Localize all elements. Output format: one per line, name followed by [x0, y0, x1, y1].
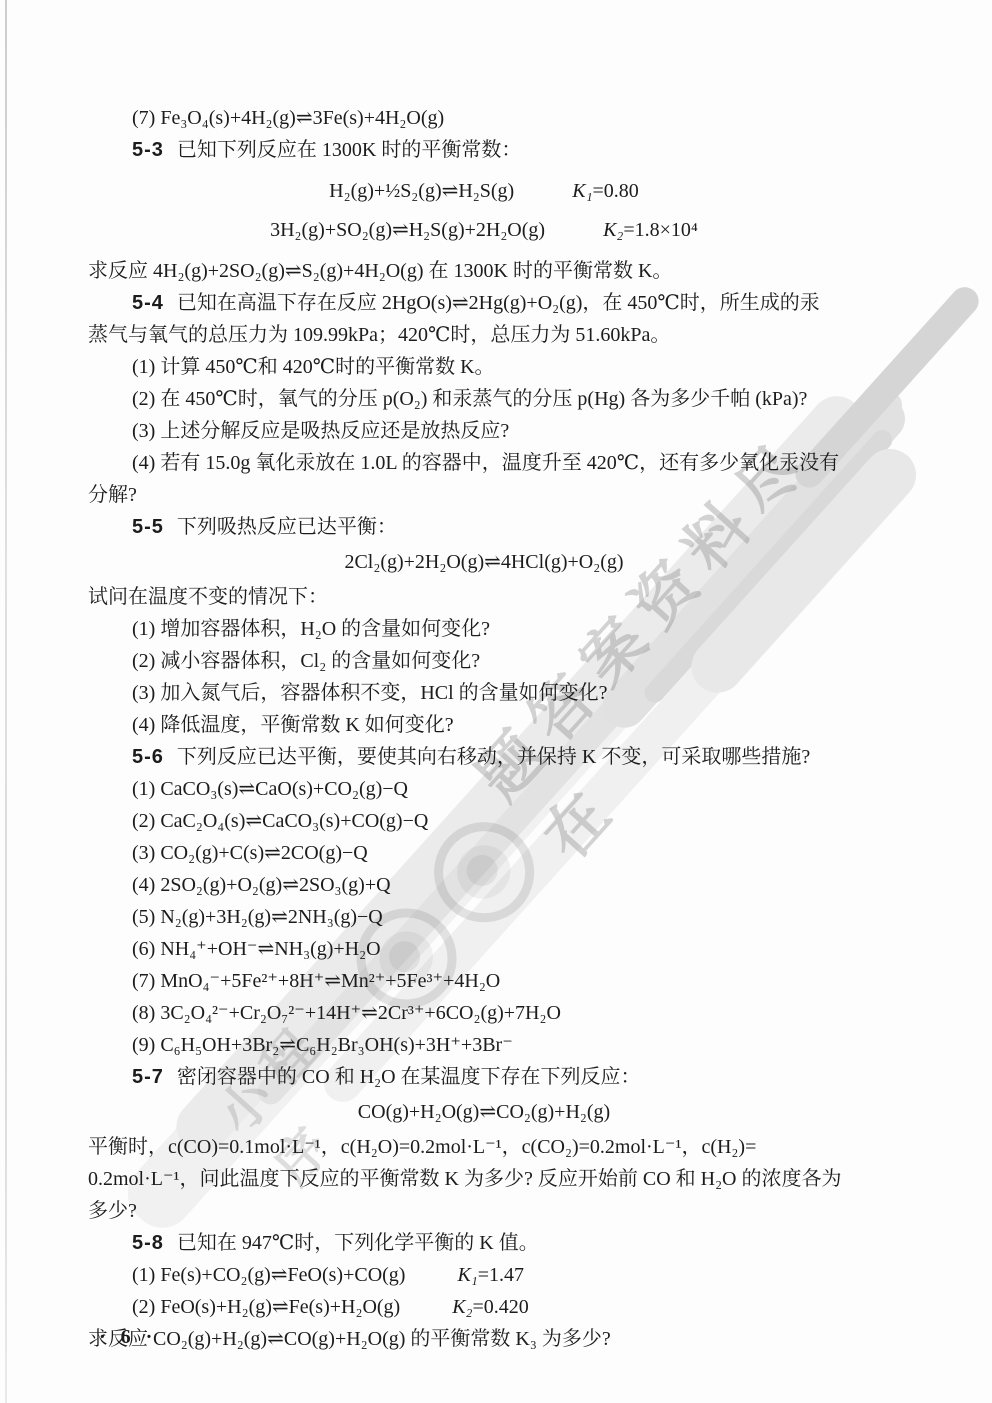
problem-number: 5-5: [132, 516, 164, 538]
line-text: H₂(g)+½S₂(g)⇌H₂S(g): [329, 180, 514, 202]
line-text: (2) 减小容器体积，Cl₂ 的含量如何变化?: [132, 650, 480, 672]
line-text: (1) Fe(s)+CO₂(g)⇌FeO(s)+CO(g): [132, 1264, 405, 1286]
content: (7) Fe₃O₄(s)+4H₂(g)⇌3Fe(s)+4H₂O(g)5-3已知下…: [88, 102, 936, 1355]
equation-line: 2Cl₂(g)+2H₂O(g)⇌4HCl(g)+O₂(g): [88, 546, 936, 578]
text-line: 试问在温度不变的情况下：: [88, 581, 936, 613]
text-line: (1) CaCO₃(s)⇌CaO(s)+CO₂(g)−Q: [88, 773, 936, 805]
text-line: 5-6下列反应已达平衡，要使其向右移动，并保持 K 不变，可采取哪些措施?: [88, 741, 936, 773]
text-line: (1) Fe(s)+CO₂(g)⇌FeO(s)+CO(g)K₁=1.47: [88, 1259, 936, 1291]
line-text: 求反应 CO₂(g)+H₂(g)⇌CO(g)+H₂O(g) 的平衡常数 K₃ 为…: [88, 1328, 611, 1350]
text-line: (8) 3C₂O₄²⁻+Cr₂O₇²⁻+14H⁺⇌2Cr³⁺+6CO₂(g)+7…: [88, 997, 936, 1029]
line-text: 已知在 947℃时，下列化学平衡的 K 值。: [177, 1232, 539, 1254]
equilibrium-constant-symbol: K₁: [572, 180, 592, 202]
text-line: 5-3已知下列反应在 1300K 时的平衡常数：: [88, 134, 936, 166]
line-text: 已知在高温下存在反应 2HgO(s)⇌2Hg(g)+O₂(g)，在 450℃时，…: [177, 292, 820, 314]
equilibrium-constant-symbol: K₂: [603, 219, 623, 241]
text-line: (3) 加入氮气后，容器体积不变，HCl 的含量如何变化?: [88, 677, 936, 709]
line-text: (2) 在 450℃时，氧气的分压 p(O₂) 和汞蒸气的分压 p(Hg) 各为…: [132, 388, 807, 410]
problem-number: 5-3: [132, 139, 164, 161]
equilibrium-constant-symbol: K₁: [457, 1264, 477, 1286]
line-text: CO(g)+H₂O(g)⇌CO₂(g)+H₂(g): [358, 1101, 610, 1123]
text-line: (4) 若有 15.0g 氧化汞放在 1.0L 的容器中，温度升至 420℃，还…: [88, 447, 936, 479]
line-text: 分解?: [88, 484, 137, 506]
line-text: (7) MnO₄⁻+5Fe²⁺+8H⁺⇌Mn²⁺+5Fe³⁺+4H₂O: [132, 970, 500, 992]
equation-line: CO(g)+H₂O(g)⇌CO₂(g)+H₂(g): [88, 1096, 936, 1128]
line-text: (2) CaC₂O₄(s)⇌CaCO₃(s)+CO(g)−Q: [132, 810, 428, 832]
line-text: (4) 若有 15.0g 氧化汞放在 1.0L 的容器中，温度升至 420℃，还…: [132, 452, 839, 474]
line-text: (5) N₂(g)+3H₂(g)⇌2NH₃(g)−Q: [132, 906, 383, 928]
text-line: 多少?: [88, 1195, 936, 1227]
line-text: 多少?: [88, 1200, 137, 1222]
line-text: 求反应 4H₂(g)+2SO₂(g)⇌S₂(g)+4H₂O(g) 在 1300K…: [88, 260, 672, 282]
text-line: (4) 2SO₂(g)+O₂(g)⇌2SO₃(g)+Q: [88, 869, 936, 901]
line-text: 平衡时，c(CO)=0.1mol·L⁻¹，c(H₂O)=0.2mol·L⁻¹，c…: [88, 1136, 756, 1158]
text-line: (9) C₆H₅OH+3Br₂⇌C₆H₂Br₃OH(s)+3H⁺+3Br⁻: [88, 1029, 936, 1061]
line-text: (1) CaCO₃(s)⇌CaO(s)+CO₂(g)−Q: [132, 778, 408, 800]
text-line: (1) 计算 450℃和 420℃时的平衡常数 K。: [88, 351, 936, 383]
equilibrium-constant-value: =0.420: [473, 1296, 529, 1318]
text-line: 平衡时，c(CO)=0.1mol·L⁻¹，c(H₂O)=0.2mol·L⁻¹，c…: [88, 1131, 936, 1163]
text-line: 5-5下列吸热反应已达平衡：: [88, 511, 936, 543]
text-line: (7) Fe₃O₄(s)+4H₂(g)⇌3Fe(s)+4H₂O(g): [88, 102, 936, 134]
problem-number: 5-4: [132, 292, 164, 314]
line-text: 0.2mol·L⁻¹，问此温度下反应的平衡常数 K 为多少? 反应开始前 CO …: [88, 1168, 842, 1190]
text-line: (2) CaC₂O₄(s)⇌CaCO₃(s)+CO(g)−Q: [88, 805, 936, 837]
line-text: (4) 降低温度，平衡常数 K 如何变化?: [132, 714, 454, 736]
text-line: (6) NH₄⁺+OH⁻⇌NH₃(g)+H₂O: [88, 933, 936, 965]
text-line: (1) 增加容器体积，H₂O 的含量如何变化?: [88, 613, 936, 645]
problem-number: 5-7: [132, 1066, 164, 1088]
line-text: 已知下列反应在 1300K 时的平衡常数：: [177, 139, 521, 161]
line-text: 蒸气与氧气的总压力为 109.99kPa；420℃时，总压力为 51.60kPa…: [88, 324, 670, 346]
text-line: (5) N₂(g)+3H₂(g)⇌2NH₃(g)−Q: [88, 901, 936, 933]
line-text: (3) CO₂(g)+C(s)⇌2CO(g)−Q: [132, 842, 368, 864]
text-line: 分解?: [88, 479, 936, 511]
line-text: (6) NH₄⁺+OH⁻⇌NH₃(g)+H₂O: [132, 938, 381, 960]
text-line: 0.2mol·L⁻¹，问此温度下反应的平衡常数 K 为多少? 反应开始前 CO …: [88, 1163, 936, 1195]
text-line: (7) MnO₄⁻+5Fe²⁺+8H⁺⇌Mn²⁺+5Fe³⁺+4H₂O: [88, 965, 936, 997]
text-line: 求反应 4H₂(g)+2SO₂(g)⇌S₂(g)+4H₂O(g) 在 1300K…: [88, 255, 936, 287]
line-text: (2) FeO(s)+H₂(g)⇌Fe(s)+H₂O(g): [132, 1296, 400, 1318]
text-line: (2) 在 450℃时，氧气的分压 p(O₂) 和汞蒸气的分压 p(Hg) 各为…: [88, 383, 936, 415]
line-text: 2Cl₂(g)+2H₂O(g)⇌4HCl(g)+O₂(g): [344, 551, 623, 573]
page-number: · 6 ·: [99, 1326, 157, 1349]
text-line: (3) 上述分解反应是吸热反应还是放热反应?: [88, 415, 936, 447]
line-text: 试问在温度不变的情况下：: [88, 586, 328, 608]
text-line: 5-8已知在 947℃时，下列化学平衡的 K 值。: [88, 1227, 936, 1259]
problem-number: 5-6: [132, 746, 164, 768]
text-line: (2) FeO(s)+H₂(g)⇌Fe(s)+H₂O(g)K₂=0.420: [88, 1291, 936, 1323]
equation-line: 3H₂(g)+SO₂(g)⇌H₂S(g)+2H₂O(g)K₂=1.8×10⁴: [88, 214, 936, 246]
text-line: (3) CO₂(g)+C(s)⇌2CO(g)−Q: [88, 837, 936, 869]
text-line: 5-4已知在高温下存在反应 2HgO(s)⇌2Hg(g)+O₂(g)，在 450…: [88, 287, 936, 319]
line-text: (4) 2SO₂(g)+O₂(g)⇌2SO₃(g)+Q: [132, 874, 391, 896]
line-text: (1) 增加容器体积，H₂O 的含量如何变化?: [132, 618, 490, 640]
equilibrium-constant-value: =1.8×10⁴: [623, 219, 698, 241]
line-text: (3) 加入氮气后，容器体积不变，HCl 的含量如何变化?: [132, 682, 608, 704]
scan-edge-line: [5, 0, 7, 1403]
line-text: (8) 3C₂O₄²⁻+Cr₂O₇²⁻+14H⁺⇌2Cr³⁺+6CO₂(g)+7…: [132, 1002, 561, 1024]
scanned-textbook-page: { "page": { "footer": { "page_number": "…: [0, 0, 992, 1403]
equilibrium-constant-symbol: K₂: [452, 1296, 472, 1318]
line-text: (1) 计算 450℃和 420℃时的平衡常数 K。: [132, 356, 495, 378]
equilibrium-constant-value: =1.47: [478, 1264, 524, 1286]
equilibrium-constant-value: =0.80: [593, 180, 639, 202]
text-line: (2) 减小容器体积，Cl₂ 的含量如何变化?: [88, 645, 936, 677]
text-line: 求反应 CO₂(g)+H₂(g)⇌CO(g)+H₂O(g) 的平衡常数 K₃ 为…: [88, 1323, 936, 1355]
line-text: 3H₂(g)+SO₂(g)⇌H₂S(g)+2H₂O(g): [270, 219, 545, 241]
text-line: 蒸气与氧气的总压力为 109.99kPa；420℃时，总压力为 51.60kPa…: [88, 319, 936, 351]
line-text: 下列反应已达平衡，要使其向右移动，并保持 K 不变，可采取哪些措施?: [177, 746, 810, 768]
line-text: (7) Fe₃O₄(s)+4H₂(g)⇌3Fe(s)+4H₂O(g): [132, 107, 444, 129]
equation-line: H₂(g)+½S₂(g)⇌H₂S(g)K₁=0.80: [88, 175, 936, 207]
line-text: (3) 上述分解反应是吸热反应还是放热反应?: [132, 420, 509, 442]
line-text: (9) C₆H₅OH+3Br₂⇌C₆H₂Br₃OH(s)+3H⁺+3Br⁻: [132, 1034, 513, 1056]
text-line: 5-7密闭容器中的 CO 和 H₂O 在某温度下存在下列反应：: [88, 1061, 936, 1093]
problem-number: 5-8: [132, 1232, 164, 1254]
line-text: 下列吸热反应已达平衡：: [177, 516, 397, 538]
text-line: (4) 降低温度，平衡常数 K 如何变化?: [88, 709, 936, 741]
line-text: 密闭容器中的 CO 和 H₂O 在某温度下存在下列反应：: [177, 1066, 641, 1088]
